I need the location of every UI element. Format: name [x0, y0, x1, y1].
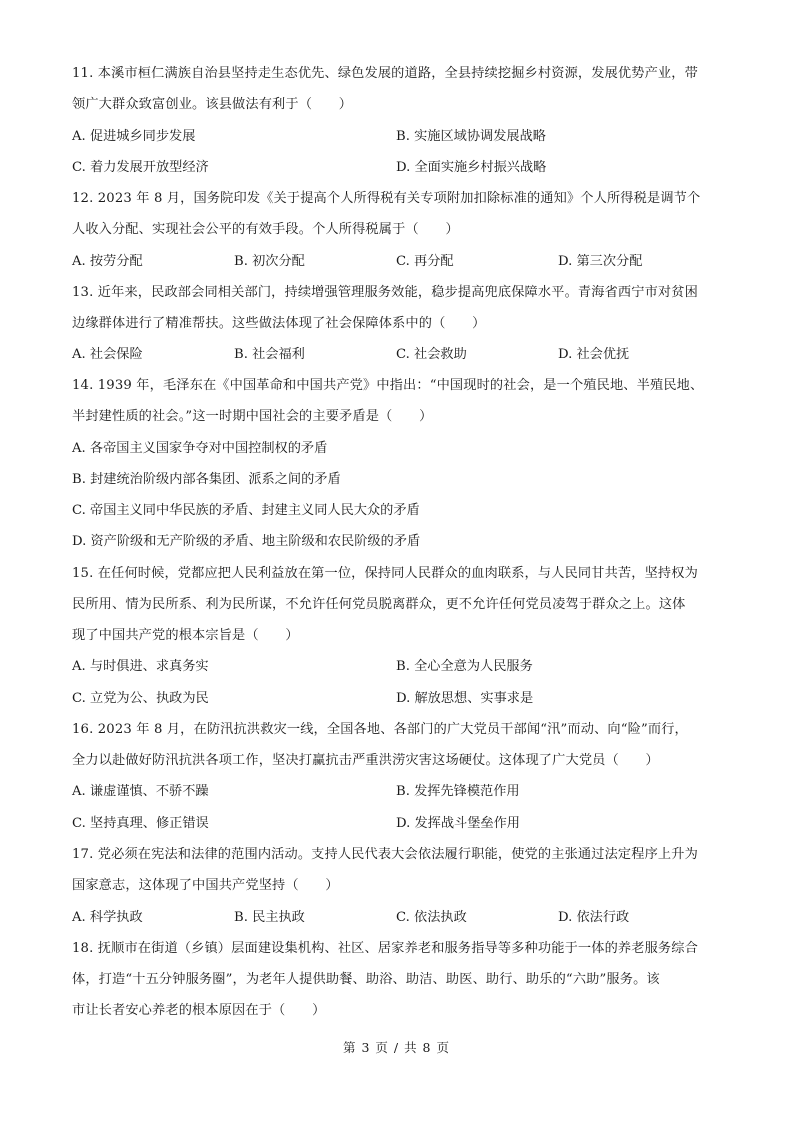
- option-b: B. 初次分配: [234, 252, 305, 272]
- option-a: A. 与时俱进、求真务实: [72, 657, 209, 677]
- question-stem-line: 全力以赴做好防汛抗洪各项工作，坚决打赢抗击严重洪涝灾害这场硬仗。这体现了广大党员…: [72, 751, 659, 771]
- option-a: A. 社会保险: [72, 345, 143, 365]
- option-c: C. 再分配: [396, 252, 454, 272]
- question-stem-line: 12. 2023 年 8 月，国务院印发《关于提高个人所得税有关专项附加扣除标准…: [72, 189, 700, 209]
- option-b: B. 实施区域协调发展战略: [396, 127, 546, 147]
- option-c: C. 社会救助: [396, 345, 467, 365]
- option-d: D. 解放思想、实事求是: [396, 689, 533, 709]
- question-stem-line: 边缘群体进行了精准帮扶。这些做法体现了社会保障体系中的（ ）: [72, 314, 485, 334]
- option-b: B. 民主执政: [234, 908, 305, 928]
- question-stem-line: 市让长者安心养老的根本原因在于（ ）: [72, 1001, 325, 1021]
- option-b: B. 封建统治阶级内部各集团、派系之间的矛盾: [72, 470, 341, 490]
- option-a: A. 科学执政: [72, 908, 143, 928]
- question-stem-line: 15. 在任何时候，党都应把人民利益放在第一位，保持同人民群众的血肉联系，与人民…: [72, 564, 698, 584]
- question-stem-line: 民所用、情为民所系、利为民所谋，不允许任何党员脱离群众，更不允许任何党员凌驾于群…: [72, 595, 686, 615]
- question-stem-line: 14. 1939 年，毛泽东在《中国革命和中国共产党》中指出：“中国现时的社会，…: [72, 376, 703, 396]
- question-stem-line: 18. 抚顺市在街道（乡镇）层面建设集机构、社区、居家养老和服务指导等多种功能于…: [72, 939, 698, 959]
- option-d: D. 第三次分配: [558, 252, 642, 272]
- question-stem-line: 领广大群众致富创业。该县做法有利于（ ）: [72, 95, 352, 115]
- question-stem-line: 国家意志，这体现了中国共产党坚持（ ）: [72, 876, 339, 896]
- option-d: D. 社会优抚: [558, 345, 629, 365]
- question-stem-line: 13. 近年来，民政部会同相关部门，持续增强管理服务效能，稳步提高兜底保障水平。…: [72, 283, 698, 303]
- option-c: C. 立党为公、执政为民: [72, 689, 209, 709]
- option-a: A. 谦虚谨慎、不骄不躁: [72, 782, 209, 802]
- page-number-footer: 第 3 页 / 共 8 页: [0, 1038, 793, 1056]
- option-d: D. 全面实施乡村振兴战略: [396, 158, 546, 178]
- option-c: C. 着力发展开放型经济: [72, 158, 209, 178]
- option-b: B. 发挥先锋模范作用: [396, 782, 520, 802]
- option-c: C. 帝国主义同中华民族的矛盾、封建主义同人民大众的矛盾: [72, 501, 420, 521]
- question-stem-line: 人收入分配、实现社会公平的有效手段。个人所得税属于（ ）: [72, 220, 459, 240]
- option-a: A. 各帝国主义国家争夺对中国控制权的矛盾: [72, 439, 327, 459]
- question-stem-line: 17. 党必须在宪法和法律的范围内活动。支持人民代表大会依法履行职能，使党的主张…: [72, 845, 698, 865]
- question-stem-line: 11. 本溪市桓仁满族自治县坚持走生态优先、绿色发展的道路，全县持续挖掘乡村资源…: [72, 64, 698, 84]
- question-stem-line: 16. 2023 年 8 月，在防汛抗洪救灾一线，全国各地、各部门的广大党员干部…: [72, 720, 688, 740]
- option-c: C. 坚持真理、修正错误: [72, 814, 209, 834]
- option-a: A. 促进城乡同步发展: [72, 127, 195, 147]
- option-c: C. 依法执政: [396, 908, 467, 928]
- question-stem-line: 体，打造“十五分钟服务圈”，为老年人提供助餐、助浴、助洁、助医、助行、助乐的“六…: [72, 970, 660, 990]
- option-a: A. 按劳分配: [72, 252, 143, 272]
- option-d: D. 依法行政: [558, 908, 629, 928]
- question-stem-line: 半封建性质的社会。”这一时期中国社会的主要矛盾是（ ）: [72, 407, 432, 427]
- option-b: B. 社会福利: [234, 345, 305, 365]
- option-d: D. 资产阶级和无产阶级的矛盾、地主阶级和农民阶级的矛盾: [72, 532, 420, 552]
- question-stem-line: 现了中国共产党的根本宗旨是（ ）: [72, 626, 299, 646]
- option-d: D. 发挥战斗堡垒作用: [396, 814, 520, 834]
- option-b: B. 全心全意为人民服务: [396, 657, 533, 677]
